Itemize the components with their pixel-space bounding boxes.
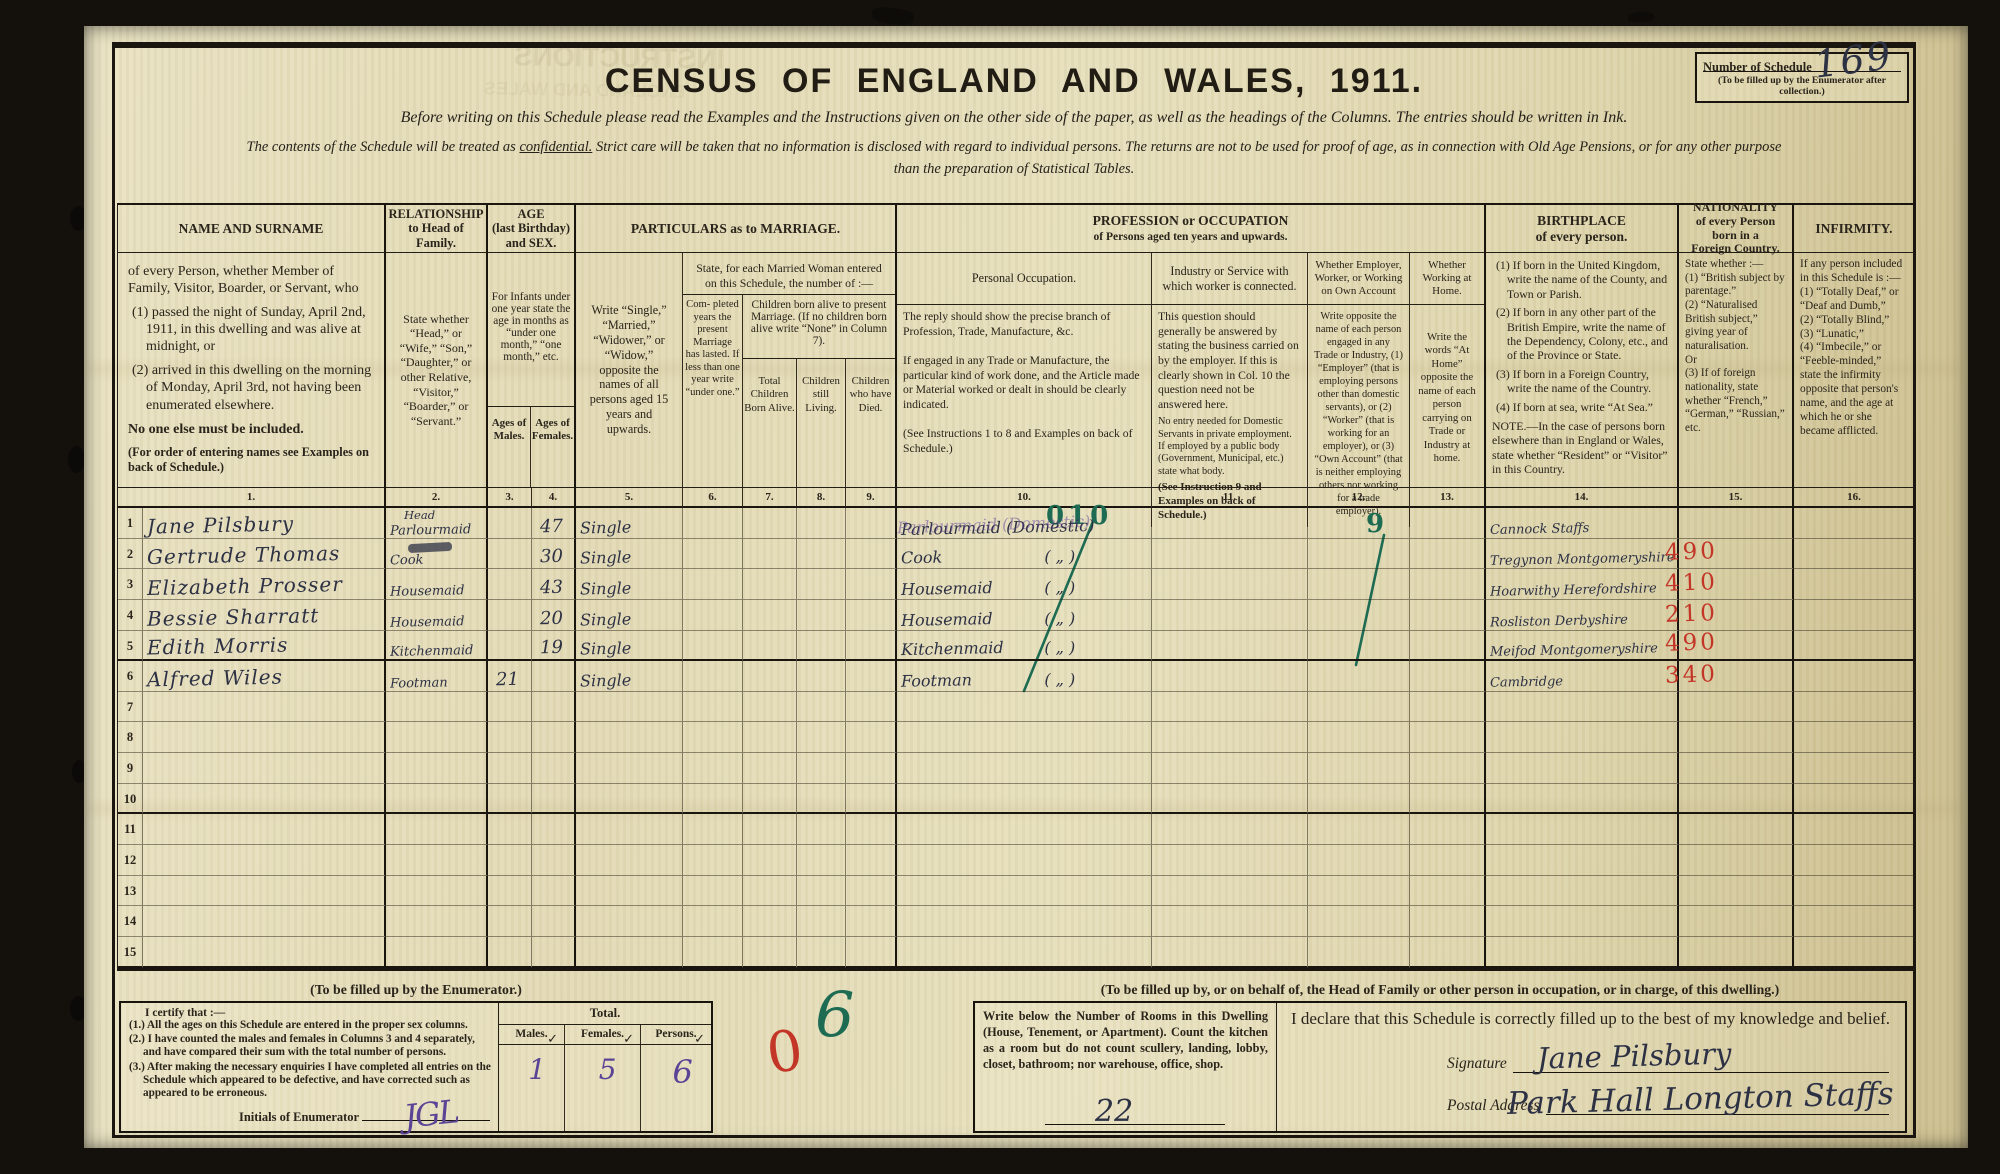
- table-cell: [1152, 722, 1308, 753]
- table-cell: [1308, 539, 1410, 570]
- table-cell: [797, 753, 846, 784]
- row-number: 1: [127, 516, 133, 530]
- entry-marriage-status: Single: [580, 578, 632, 598]
- table-cell: [797, 906, 846, 937]
- entry-relationship: Kitchenmaid: [390, 644, 474, 659]
- table-cell: [532, 753, 576, 784]
- table-cell: Cannock Staffs: [1486, 508, 1679, 539]
- table-cell: Housemaid: [386, 569, 488, 600]
- table-cell: Housemaid( „ ): [897, 600, 1152, 631]
- table-cell: [743, 845, 797, 876]
- table-cell: [1308, 845, 1410, 876]
- table-cell: Rosliston Derbyshire: [1486, 600, 1679, 631]
- enumerator-initials-value: JGL: [403, 1092, 460, 1135]
- table-cell: [1308, 661, 1410, 692]
- entry-relationship: Footman: [390, 676, 448, 690]
- table-cell: [1308, 600, 1410, 631]
- entry-birthplace: Meifod Montgomeryshire: [1490, 641, 1658, 660]
- table-cell: Tregynon Montgomeryshire: [1486, 539, 1679, 570]
- table-cell: Single: [576, 539, 683, 570]
- table-cell: [143, 937, 386, 968]
- table-cell: [1794, 539, 1914, 570]
- loose-red-zero-mark: 0: [763, 1018, 807, 1087]
- table-cell: [683, 569, 743, 600]
- table-cell: [576, 784, 683, 815]
- table-cell: [1308, 569, 1410, 600]
- col9-children-died: Children who have Died.: [846, 359, 895, 487]
- enumerator-section: (To be filled up by the Enumerator.) I c…: [119, 982, 713, 1133]
- table-cell: [576, 692, 683, 723]
- table-cell: [488, 784, 532, 815]
- row-number: 8: [127, 730, 133, 744]
- table-cell: [1679, 753, 1794, 784]
- table-cell: [797, 692, 846, 723]
- table-cell: [1486, 906, 1679, 937]
- table-cell: [1410, 508, 1486, 539]
- table-cell: [743, 722, 797, 753]
- table-cell: [1152, 508, 1308, 539]
- table-cell: [683, 906, 743, 937]
- postal-address-value: Park Hall Longton Staffs: [1507, 1076, 1894, 1122]
- instruction-line: Before writing on this Schedule please r…: [223, 109, 1805, 127]
- col-age-body: For Infants under one year state the age…: [488, 253, 576, 488]
- table-cell: [1152, 845, 1308, 876]
- entry-age-female: 19: [540, 637, 563, 658]
- entry-birthplace: Hoarwithy Herefordshire: [1490, 581, 1657, 599]
- table-cell: Alfred Wiles: [143, 661, 386, 692]
- males-total-cell: ✓1: [499, 1045, 565, 1131]
- table-cell: [1308, 692, 1410, 723]
- table-cell: [743, 569, 797, 600]
- table-cell: 47: [532, 508, 576, 539]
- table-cell: [532, 845, 576, 876]
- table-cell: [683, 937, 743, 968]
- col-number: 2.: [386, 488, 488, 508]
- row-number: 12: [124, 853, 137, 867]
- entry-occupation-ditto: ( „ ): [1044, 547, 1075, 566]
- table-cell: [1679, 845, 1794, 876]
- table-cell: [846, 906, 897, 937]
- entry-marriage-status: Single: [580, 670, 632, 690]
- table-cell: [1152, 569, 1308, 600]
- table-cell: Gertrude Thomas: [143, 539, 386, 570]
- table-cell: [1794, 906, 1914, 937]
- table-cell: [488, 692, 532, 723]
- col-number: 16.: [1794, 488, 1914, 508]
- row-number: 5: [127, 639, 133, 653]
- table-cell: Cambridge: [1486, 661, 1679, 692]
- row-number: 10: [124, 792, 137, 806]
- table-cell: [1308, 722, 1410, 753]
- table-cell: [897, 876, 1152, 907]
- table-cell: [1308, 753, 1410, 784]
- entry-occupation-ditto: ( „ ): [1044, 609, 1075, 628]
- table-cell: [386, 845, 488, 876]
- entry-red-code: 490: [1665, 629, 1719, 657]
- col15-nationality-body: State whether :— (1) “British subject by…: [1679, 253, 1794, 488]
- table-cell: [532, 906, 576, 937]
- col-number: 6.: [683, 488, 743, 508]
- row-number: 7: [127, 700, 133, 714]
- table-cell: [1794, 692, 1914, 723]
- table-cell: [386, 692, 488, 723]
- table-cell: 5: [118, 631, 143, 662]
- table-cell: [386, 753, 488, 784]
- census-table: NAME AND SURNAME RELATIONSHIP to Head of…: [117, 203, 1914, 971]
- table-cell: [1410, 784, 1486, 815]
- table-cell: HeadParlourmaid: [386, 508, 488, 539]
- ages-of-females-label: Ages of Females.: [531, 407, 574, 487]
- table-cell: [846, 753, 897, 784]
- ages-of-males-label: Ages of Males.: [488, 407, 531, 487]
- table-cell: [1410, 722, 1486, 753]
- table-cell: [532, 784, 576, 815]
- col11-industry-service: Industry or Service with which worker is…: [1152, 253, 1308, 527]
- table-cell: [743, 906, 797, 937]
- table-cell: Jane Pilsbury: [143, 508, 386, 539]
- table-cell: [1152, 692, 1308, 723]
- entry-name: Bessie Sharratt: [147, 603, 320, 631]
- col-number: 14.: [1486, 488, 1679, 508]
- entry-red-code: 490: [1665, 538, 1719, 566]
- col16-infirmity-body: If any person included in this Schedule …: [1794, 253, 1914, 488]
- table-cell: 210: [1679, 600, 1794, 631]
- entry-age-female: 47: [540, 515, 563, 536]
- table-cell: [1679, 784, 1794, 815]
- table-cell: [386, 937, 488, 968]
- table-cell: [1308, 906, 1410, 937]
- table-cell: [1794, 508, 1914, 539]
- table-cell: [386, 876, 488, 907]
- table-cell: [488, 569, 532, 600]
- table-cell: [743, 784, 797, 815]
- table-cell: [1794, 814, 1914, 845]
- table-cell: Single: [576, 508, 683, 539]
- col-relationship-body: State whether “Head,” or “Wife,” “Son,” …: [386, 253, 488, 488]
- table-cell: [386, 906, 488, 937]
- persons-total-cell: ✓6: [641, 1045, 711, 1131]
- col14-birthplace-body: (1) If born in the United Kingdom, write…: [1486, 253, 1679, 488]
- table-cell: [897, 722, 1152, 753]
- col-number: 9.: [846, 488, 897, 508]
- table-cell: [1308, 937, 1410, 968]
- table-cell: [143, 784, 386, 815]
- row-number: 11: [124, 822, 136, 836]
- table-cell: [1152, 539, 1308, 570]
- signature-value: Jane Pilsbury: [1537, 1036, 1732, 1075]
- col5-marriage-state-body: Write “Single,” “Married,” “Widower,” or…: [576, 253, 683, 488]
- table-cell: [897, 845, 1152, 876]
- table-cell: [386, 814, 488, 845]
- table-cell: [846, 569, 897, 600]
- table-cell: [532, 722, 576, 753]
- table-cell: [1410, 539, 1486, 570]
- table-cell: [488, 814, 532, 845]
- table-cell: [797, 784, 846, 815]
- table-cell: 340: [1679, 661, 1794, 692]
- row-number: 4: [127, 608, 133, 622]
- total-label: Total.: [499, 1003, 711, 1025]
- table-cell: [797, 631, 846, 662]
- table-cell: [1410, 661, 1486, 692]
- table-cell: [683, 508, 743, 539]
- table-cell: Hoarwithy Herefordshire: [1486, 569, 1679, 600]
- table-cell: 11: [118, 814, 143, 845]
- table-cell: Single: [576, 569, 683, 600]
- table-cell: [797, 661, 846, 692]
- col-number: 3.: [488, 488, 532, 508]
- col-number: 15.: [1679, 488, 1794, 508]
- table-cell: [488, 876, 532, 907]
- table-cell: [1486, 722, 1679, 753]
- binder-hole: [68, 446, 85, 473]
- table-cell: [1308, 876, 1410, 907]
- table-cell: [743, 814, 797, 845]
- table-cell: [488, 906, 532, 937]
- table-cell: [1679, 937, 1794, 968]
- row-number: 13: [124, 884, 137, 898]
- table-cell: [1152, 631, 1308, 662]
- table-cell: [1152, 753, 1308, 784]
- census-scan-page: { "accent_colors":{"ink":"#2d3144","red_…: [0, 0, 2000, 1174]
- table-cell: 21: [488, 661, 532, 692]
- table-cell: [488, 631, 532, 662]
- table-cell: [897, 937, 1152, 968]
- col-profession-title: PROFESSION or OCCUPATION of Persons aged…: [897, 205, 1486, 253]
- entry-birthplace: Rosliston Derbyshire: [1490, 612, 1628, 630]
- enumerator-certification: I certify that :— (1.) All the ages on t…: [121, 1003, 499, 1131]
- declaration-box: I declare that this Schedule is correctl…: [1277, 1003, 1905, 1131]
- table-cell: [1152, 937, 1308, 968]
- col-name-title: NAME AND SURNAME: [118, 205, 386, 253]
- entry-marriage-status: Single: [580, 548, 632, 568]
- table-cell: [532, 937, 576, 968]
- entry-occupation: Kitchenmaid: [901, 638, 1004, 659]
- col-number: 8.: [797, 488, 846, 508]
- col-relationship-title: RELATIONSHIP to Head of Family.: [386, 205, 488, 253]
- table-cell: [1410, 569, 1486, 600]
- confidential-underlined-word: confidential.: [519, 139, 592, 155]
- entry-name: Alfred Wiles: [147, 664, 283, 691]
- table-cell: [488, 539, 532, 570]
- profession-section-body: Personal Occupation. The reply should sh…: [897, 253, 1486, 488]
- table-cell: 14: [118, 906, 143, 937]
- entry-age-female: 43: [540, 577, 563, 598]
- table-cell: [386, 784, 488, 815]
- table-cell: [743, 753, 797, 784]
- table-cell: [797, 876, 846, 907]
- table-cell: [1794, 937, 1914, 968]
- table-cell: [1794, 631, 1914, 662]
- table-cell: [1410, 631, 1486, 662]
- table-cell: [488, 845, 532, 876]
- table-cell: 19: [532, 631, 576, 662]
- table-cell: [797, 508, 846, 539]
- table-cell: Footman( „ ): [897, 661, 1152, 692]
- entry-age-male: 21: [496, 669, 519, 690]
- table-cell: [897, 814, 1152, 845]
- table-cell: 6: [118, 661, 143, 692]
- table-cell: [1308, 631, 1410, 662]
- table-cell: Kitchenmaid: [386, 631, 488, 662]
- table-cell: [386, 722, 488, 753]
- entry-occupation-ditto: ( „ ): [1044, 578, 1075, 597]
- table-cell: [1410, 753, 1486, 784]
- table-cell: [143, 722, 386, 753]
- table-cell: [576, 876, 683, 907]
- table-cell: [1679, 508, 1794, 539]
- table-cell: 10: [118, 784, 143, 815]
- table-cell: [1152, 906, 1308, 937]
- table-cell: 9: [118, 753, 143, 784]
- table-cell: [1410, 937, 1486, 968]
- entry-red-code: 210: [1665, 600, 1719, 628]
- table-cell: [846, 876, 897, 907]
- table-cell: [743, 937, 797, 968]
- head-section-title: (To be filled up by, or on behalf of, th…: [973, 982, 1907, 998]
- table-cell: [683, 539, 743, 570]
- table-cell: [1152, 661, 1308, 692]
- table-cell: [1152, 600, 1308, 631]
- entry-occupation: Housemaid: [901, 578, 993, 599]
- entry-age-female: 20: [540, 607, 563, 628]
- table-cell: [846, 631, 897, 662]
- head-of-family-section: (To be filled up by, or on behalf of, th…: [973, 982, 1907, 1133]
- table-cell: Kitchenmaid( „ ): [897, 631, 1152, 662]
- table-cell: [743, 876, 797, 907]
- enumerator-section-title: (To be filled up by the Enumerator.): [119, 982, 713, 998]
- entry-marriage-status: Single: [580, 639, 632, 659]
- row-number: 3: [127, 577, 133, 591]
- col-marriage-title: PARTICULARS as to MARRIAGE.: [576, 205, 897, 253]
- entry-name: Gertrude Thomas: [147, 541, 341, 569]
- table-cell: [1794, 722, 1914, 753]
- table-cell: [1410, 692, 1486, 723]
- table-cell: [488, 508, 532, 539]
- table-cell: [576, 722, 683, 753]
- table-cell: Single: [576, 600, 683, 631]
- table-cell: [1308, 784, 1410, 815]
- table-cell: 15: [118, 937, 143, 968]
- table-cell: [1679, 876, 1794, 907]
- table-cell: [1679, 906, 1794, 937]
- table-cell: [1486, 876, 1679, 907]
- table-cell: [576, 937, 683, 968]
- entry-name: Jane Pilsbury: [147, 511, 295, 538]
- entry-name: Elizabeth Prosser: [147, 572, 343, 600]
- col6-marriage-years: Com- pleted years the present Marriage h…: [683, 295, 743, 487]
- table-cell: [683, 600, 743, 631]
- entry-marriage-status: Single: [580, 609, 632, 629]
- entry-occupation: Cook: [901, 548, 943, 568]
- table-cell: 20: [532, 600, 576, 631]
- table-cell: [846, 508, 897, 539]
- table-cell: [1308, 508, 1410, 539]
- table-cell: [1486, 814, 1679, 845]
- table-cell: Edith Morris: [143, 631, 386, 662]
- entry-relationship: Housemaid: [390, 584, 465, 599]
- col-number: 7.: [743, 488, 797, 508]
- table-cell: [1486, 937, 1679, 968]
- col10-personal-occupation: Personal Occupation. The reply should sh…: [897, 253, 1152, 527]
- table-cell: [576, 845, 683, 876]
- table-cell: Cook( „ ): [897, 539, 1152, 570]
- col-number: 4.: [532, 488, 576, 508]
- table-cell: [683, 722, 743, 753]
- table-cell: [683, 661, 743, 692]
- table-cell: [683, 692, 743, 723]
- table-cell: Cook: [386, 539, 488, 570]
- table-cell: [897, 906, 1152, 937]
- col-number: 5.: [576, 488, 683, 508]
- table-cell: Parlourmaid (Domestic)Parlourmaid (Domes…: [897, 508, 1152, 539]
- table-cell: [683, 845, 743, 876]
- table-cell: [576, 753, 683, 784]
- table-cell: 12: [118, 845, 143, 876]
- table-cell: Single: [576, 661, 683, 692]
- table-cell: [576, 814, 683, 845]
- table-cell: [143, 906, 386, 937]
- table-cell: [743, 600, 797, 631]
- ink-smudge: [871, 6, 915, 27]
- table-cell: [743, 631, 797, 662]
- table-cell: [897, 692, 1152, 723]
- table-cell: [532, 814, 576, 845]
- table-cell: [488, 600, 532, 631]
- table-cell: [797, 600, 846, 631]
- table-cell: [897, 753, 1152, 784]
- entry-occupation: Footman: [901, 670, 972, 690]
- table-cell: [743, 692, 797, 723]
- table-cell: [576, 906, 683, 937]
- entry-relationship: Parlourmaid: [390, 523, 472, 538]
- col-nationality-title: NATIONALITY of every Person born in a Fo…: [1679, 205, 1794, 253]
- table-cell: [797, 937, 846, 968]
- table-cell: [1679, 814, 1794, 845]
- col-age-title: AGE (last Birthday) and SEX.: [488, 205, 576, 253]
- table-cell: [683, 631, 743, 662]
- entry-occupation-ditto: ( „ ): [1044, 670, 1075, 689]
- table-cell: [143, 692, 386, 723]
- schedule-border-frame: Number of Schedule 169 (To be filled up …: [112, 42, 1916, 1138]
- table-cell: [897, 784, 1152, 815]
- table-cell: 410: [1679, 569, 1794, 600]
- table-cell: [846, 539, 897, 570]
- table-cell: [143, 753, 386, 784]
- table-cell: [1486, 753, 1679, 784]
- table-cell: 2: [118, 539, 143, 570]
- table-cell: [683, 753, 743, 784]
- entry-relationship-head: Head: [404, 508, 486, 522]
- entry-name: Edith Morris: [147, 633, 289, 660]
- table-cell: [1486, 845, 1679, 876]
- table-cell: 3: [118, 569, 143, 600]
- table-cell: 8: [118, 722, 143, 753]
- table-cell: Meifod Montgomeryshire: [1486, 631, 1679, 662]
- table-cell: [1308, 814, 1410, 845]
- table-cell: [1679, 692, 1794, 723]
- table-cell: [488, 753, 532, 784]
- table-cell: [143, 814, 386, 845]
- females-total-cell: ✓5: [565, 1045, 641, 1131]
- table-cell: [1794, 569, 1914, 600]
- entry-age-female: 30: [540, 546, 563, 567]
- table-cell: [1410, 845, 1486, 876]
- table-cell: 4: [118, 600, 143, 631]
- table-cell: 1: [118, 508, 143, 539]
- rooms-value: 22: [1095, 1094, 1133, 1129]
- col8-children-living: Children still Living.: [797, 359, 846, 487]
